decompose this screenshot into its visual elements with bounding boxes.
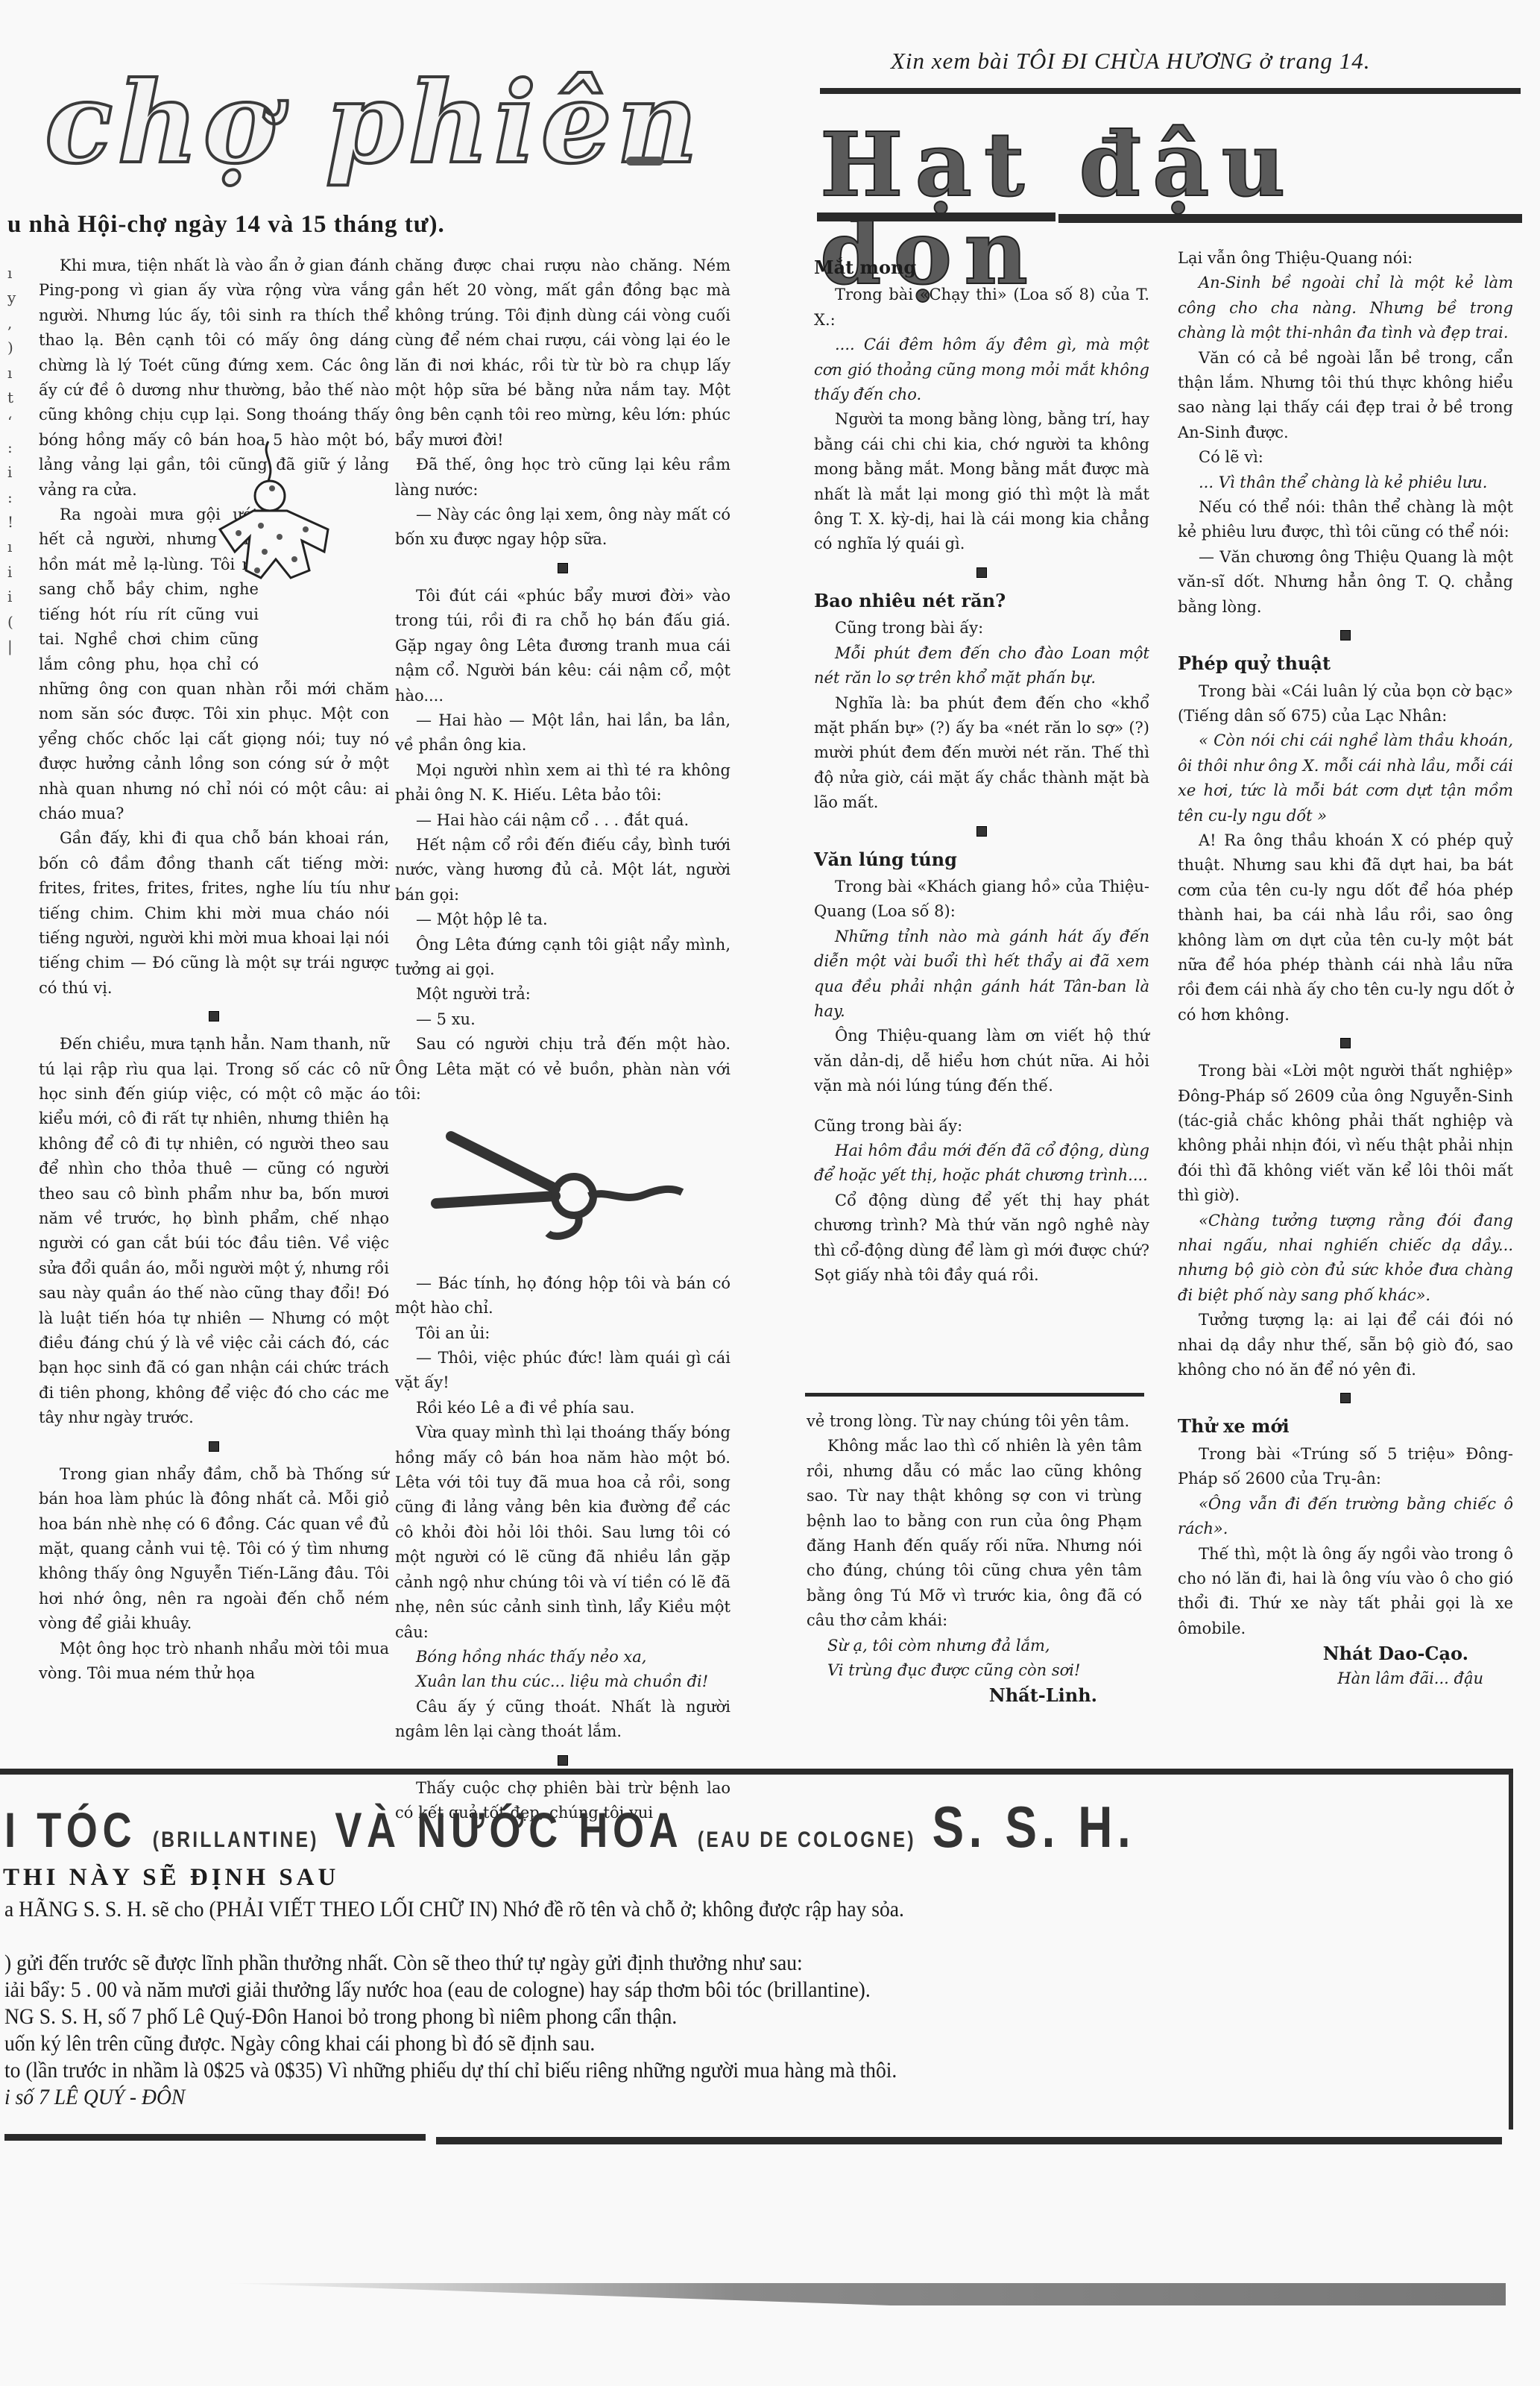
paragraph: — Văn chương ông Thiệu Quang là một văn-… bbox=[1178, 545, 1513, 620]
margin-fragment: ı bbox=[7, 535, 21, 559]
quote-line: Hai hôm đầu mới đến đã cổ động, dùng để … bbox=[814, 1139, 1149, 1189]
article-heading: Phép quỷ thuật bbox=[1178, 651, 1513, 676]
margin-fragment: | bbox=[7, 635, 21, 659]
left-margin-fragments: ıy,)ıtʻ:i:!ıii(| bbox=[7, 261, 21, 660]
ad-line bbox=[4, 1924, 1376, 1951]
ornament-icon bbox=[209, 1441, 219, 1452]
margin-fragment: ı bbox=[7, 261, 21, 286]
margin-fragment: ʻ bbox=[7, 410, 21, 435]
margin-fragment: ! bbox=[7, 510, 21, 535]
paragraph: — Hai hào cái nậm cổ . . . đắt quá. bbox=[395, 808, 730, 833]
article-heading: Văn lúng túng bbox=[814, 847, 1149, 872]
ad-title-part2: VÀ NƯỚC HOA bbox=[335, 1802, 681, 1857]
paragraph: Trong gian nhẩy đầm, chỗ bà Thống sứ bán… bbox=[39, 1462, 389, 1637]
margin-fragment: t bbox=[7, 385, 21, 410]
title-rule-left bbox=[817, 213, 1055, 221]
paragraph: — 5 xu. bbox=[395, 1007, 730, 1032]
margin-fragment: ( bbox=[7, 610, 21, 635]
paragraph: Có lẽ vì: bbox=[1178, 445, 1513, 470]
ad-title: I TÓC (BRILLANTINE) VÀ NƯỚC HOA (EAU DE … bbox=[4, 1793, 1135, 1861]
ad-title-part1: I TÓC bbox=[4, 1802, 136, 1857]
title-flourish bbox=[626, 157, 663, 166]
title-rule-right bbox=[1058, 214, 1522, 223]
signature-subtitle: Hàn lâm đãi... đậu bbox=[1178, 1666, 1513, 1691]
ad-title-paren2: (EAU DE COLOGNE) bbox=[698, 1828, 916, 1852]
signature: Nhát Dao-Cạo. bbox=[1178, 1641, 1513, 1666]
paragraph: Trong bài «Khách giang hồ» của Thiệu-Qua… bbox=[814, 875, 1149, 925]
margin-fragment: , bbox=[7, 311, 21, 336]
paragraph: Mọi người nhìn xem ai thì té ra không ph… bbox=[395, 758, 730, 808]
section-subtitle: u nhà Hội-chợ ngày 14 và 15 tháng tư). bbox=[7, 211, 445, 239]
quote-line: Mỗi phút đem đến cho đào Loan một nét ră… bbox=[814, 641, 1149, 691]
paragraph: Thế thì, một là ông ấy ngồi vào trong ô … bbox=[1178, 1542, 1513, 1642]
quote-line: .... Cái đêm hôm ấy đêm gì, mà một cơn g… bbox=[814, 333, 1149, 407]
paragraph: Tưởng tượng lạ: ai lại để cái đói nó nha… bbox=[1178, 1308, 1513, 1382]
paragraph: Người ta mong bằng lòng, bằng trí, hay b… bbox=[814, 407, 1149, 556]
paragraph: Hết nậm cổ rồi đến điếu cầy, bình tưới n… bbox=[395, 833, 730, 907]
ad-heading: THI NÀY SẼ ĐỊNH SAU bbox=[3, 1864, 339, 1892]
paragraph: Vừa quay mình thì lại thoáng thấy bóng h… bbox=[395, 1420, 730, 1645]
paragraph: Cũng trong bài ấy: bbox=[814, 1114, 1149, 1139]
column-3-divider bbox=[805, 1393, 1144, 1397]
ad-line: NG S. S. H, số 7 phố Lê Quý-Đôn Hanoi bỏ… bbox=[4, 2004, 1376, 2031]
article-heading: Bao nhiêu nét răn? bbox=[814, 588, 1149, 613]
quote-line: Những tỉnh nào mà gánh hát ấy đến diễn m… bbox=[814, 925, 1149, 1024]
paragraph: vẻ trong lòng. Từ nay chúng tôi yên tâm. bbox=[807, 1409, 1142, 1434]
paragraph: Trong bài «Lời một người thất nghiệp» Đô… bbox=[1178, 1059, 1513, 1208]
paragraph: Ông Lêta đứng cạnh tôi giật nẩy mình, tư… bbox=[395, 933, 730, 983]
paragraph: Văn có cả bề ngoài lẫn bề trong, cẩn thậ… bbox=[1178, 346, 1513, 446]
paragraph: Đã thế, ông học trò cũng lại kêu rầm làn… bbox=[395, 453, 730, 503]
paragraph: Cũng trong bài ấy: bbox=[814, 616, 1149, 640]
paragraph: Không mắc lao thì cố nhiên là yên tâm rồ… bbox=[807, 1434, 1142, 1633]
paragraph: Tôi an ủi: bbox=[395, 1321, 730, 1346]
ornament-icon bbox=[558, 1755, 568, 1766]
paragraph: Một ông học trò nhanh nhẩu mời tôi mua v… bbox=[39, 1637, 389, 1687]
ornament-icon bbox=[976, 567, 987, 578]
margin-fragment: ı bbox=[7, 361, 21, 385]
ad-title-brand: S. S. H. bbox=[932, 1794, 1135, 1860]
paragraph: Trong bài «Chạy thi» (Loa số 8) của T. X… bbox=[814, 283, 1149, 333]
paragraph: Cổ động dùng để yết thị hay phát chương … bbox=[814, 1189, 1149, 1288]
hat-dau-don-column-4: Lại vẫn ông Thiệu-Quang nói:An-Sinh bề n… bbox=[1178, 246, 1513, 1691]
paragraph: Rồi kéo Lê a đi về phía sau. bbox=[395, 1396, 730, 1420]
margin-fragment: i bbox=[7, 585, 21, 609]
ad-line: to (lần trước in nhầm là 0$25 và 0$35) V… bbox=[4, 2058, 1376, 2085]
ad-line: iải bẩy: 5 . 00 và năm mươi giải thưởng … bbox=[4, 1977, 1376, 2004]
paragraph: — Một hộp lê ta. bbox=[395, 907, 730, 932]
margin-fragment: i bbox=[7, 460, 21, 485]
paragraph: — Bác tính, họ đóng hộp tôi và bán có mộ… bbox=[395, 1271, 730, 1321]
paragraph: Trong bài «Trúng số 5 triệu» Đông-Pháp s… bbox=[1178, 1442, 1513, 1492]
paragraph: Trong bài «Cái luân lý của bọn cờ bạc» (… bbox=[1178, 679, 1513, 729]
margin-fragment: ) bbox=[7, 336, 21, 360]
section-title-cho-phien: chợ phiên bbox=[45, 67, 702, 179]
paragraph: Lại vẫn ông Thiệu-Quang nói: bbox=[1178, 246, 1513, 271]
top-rule bbox=[820, 88, 1521, 94]
ad-line: a HÃNG S. S. H. sẽ cho (PHẢI VIẾT THEO L… bbox=[4, 1897, 1376, 1924]
ornament-icon bbox=[558, 563, 568, 573]
quote-line: «Chàng tưởng tượng rằng đói đang nhai ng… bbox=[1178, 1209, 1513, 1309]
signature: Nhất-Linh. bbox=[807, 1683, 1142, 1707]
hat-dau-don-column-3: Mắt mongTrong bài «Chạy thi» (Loa số 8) … bbox=[814, 249, 1149, 1288]
paragraph: — Thôi, việc phúc đức! làm quái gì cái v… bbox=[395, 1346, 730, 1396]
quote-line: Bóng hồng nhác thấy nẻo xa, bbox=[395, 1645, 730, 1669]
ornament-icon bbox=[1340, 1393, 1351, 1403]
paragraph: Sau có người chịu trả đến một hào. Ông L… bbox=[395, 1032, 730, 1107]
paragraph: — Hai hào — Một lần, hai lần, ba lần, về… bbox=[395, 708, 730, 758]
quote-line: Vi trùng đục được cũng còn sơi! bbox=[807, 1658, 1142, 1683]
paragraph: Tôi đút cái «phúc bẩy mươi đời» vào tron… bbox=[395, 584, 730, 708]
paragraph: chăng được chai rượu nào chăng. Ném gần … bbox=[395, 254, 730, 453]
margin-fragment: : bbox=[7, 435, 21, 460]
hat-dau-don-column-3-continued: vẻ trong lòng. Từ nay chúng tôi yên tâm.… bbox=[807, 1409, 1142, 1708]
paragraph: Gần đấy, khi đi qua chỗ bán khoai rán, b… bbox=[39, 826, 389, 1001]
quote-line: «Ông vẫn đi đến trường bằng chiếc ô rách… bbox=[1178, 1492, 1513, 1542]
quote-line: Sừ ạ, tôi còm nhưng đả lắm, bbox=[807, 1634, 1142, 1658]
quote-line: ... Vì thân thể chàng là kẻ phiêu lưu. bbox=[1178, 470, 1513, 495]
paragraph: — Này các ông lại xem, ông này mất có bố… bbox=[395, 503, 730, 553]
margin-fragment: : bbox=[7, 485, 21, 510]
margin-fragment: i bbox=[7, 560, 21, 585]
clown-doll-illustration bbox=[216, 440, 335, 589]
ornament-icon bbox=[976, 826, 987, 837]
quote-line: Xuân lan thu cúc... liệu mà chuồn đi! bbox=[395, 1669, 730, 1694]
paragraph: Câu ấy ý cũng thoát. Nhất là người ngâm … bbox=[395, 1695, 730, 1745]
spacer bbox=[814, 1099, 1149, 1114]
paragraph: Ông Thiệu-quang làm ơn viết hộ thứ văn d… bbox=[814, 1024, 1149, 1098]
ad-line: uốn ký lên trên cũng được. Ngày công kha… bbox=[4, 2031, 1376, 2058]
margin-fragment: y bbox=[7, 286, 21, 310]
ornament-icon bbox=[1340, 630, 1351, 640]
paragraph: A! Ra ông thầu khoán X có phép quỷ thuật… bbox=[1178, 828, 1513, 1027]
ad-line: ) gửi đến trước sẽ được lĩnh phần thưởng… bbox=[4, 1951, 1376, 1977]
ad-line: i số 7 LÊ QUÝ - ĐÔN bbox=[4, 2085, 1376, 2112]
ad-body: a HÃNG S. S. H. sẽ cho (PHẢI VIẾT THEO L… bbox=[4, 1897, 1495, 2112]
paragraph: Nghĩa là: ba phút đem đến cho «khổ mặt p… bbox=[814, 691, 1149, 816]
ad-title-paren1: (BRILLANTINE) bbox=[153, 1828, 319, 1852]
article-heading: Thử xe mới bbox=[1178, 1414, 1513, 1438]
quote-line: « Còn nói chi cái nghề làm thầu khoán, ô… bbox=[1178, 728, 1513, 828]
ornament-icon bbox=[1340, 1038, 1351, 1048]
cho-phien-column-2: chăng được chai rượu nào chăng. Ném gần … bbox=[395, 254, 730, 1825]
article-heading: Mắt mong bbox=[814, 255, 1149, 280]
paragraph: Khi mưa, tiện nhất là vào ẩn ở gian đánh… bbox=[39, 254, 389, 503]
paragraph: Một người trả: bbox=[395, 982, 730, 1007]
scissors-snake-illustration bbox=[395, 1121, 730, 1256]
paragraph: Đến chiều, mưa tạnh hẳn. Nam thanh, nữ t… bbox=[39, 1032, 389, 1431]
cho-phien-column-1: Khi mưa, tiện nhất là vào ẩn ở gian đánh… bbox=[39, 254, 389, 1686]
scan-shadow bbox=[224, 2283, 1506, 2305]
reference-note: Xin xem bài TÔI ĐI CHÙA HƯƠNG ở trang 14… bbox=[891, 48, 1371, 75]
paragraph: Nếu có thể nói: thân thể chàng là một kẻ… bbox=[1178, 495, 1513, 545]
quote-line: An-Sinh bề ngoài chỉ là một kẻ làm công … bbox=[1178, 271, 1513, 345]
ad-bottom-rule-right bbox=[436, 2137, 1502, 2144]
ad-bottom-rule-left bbox=[4, 2134, 426, 2141]
ornament-icon bbox=[209, 1011, 219, 1022]
